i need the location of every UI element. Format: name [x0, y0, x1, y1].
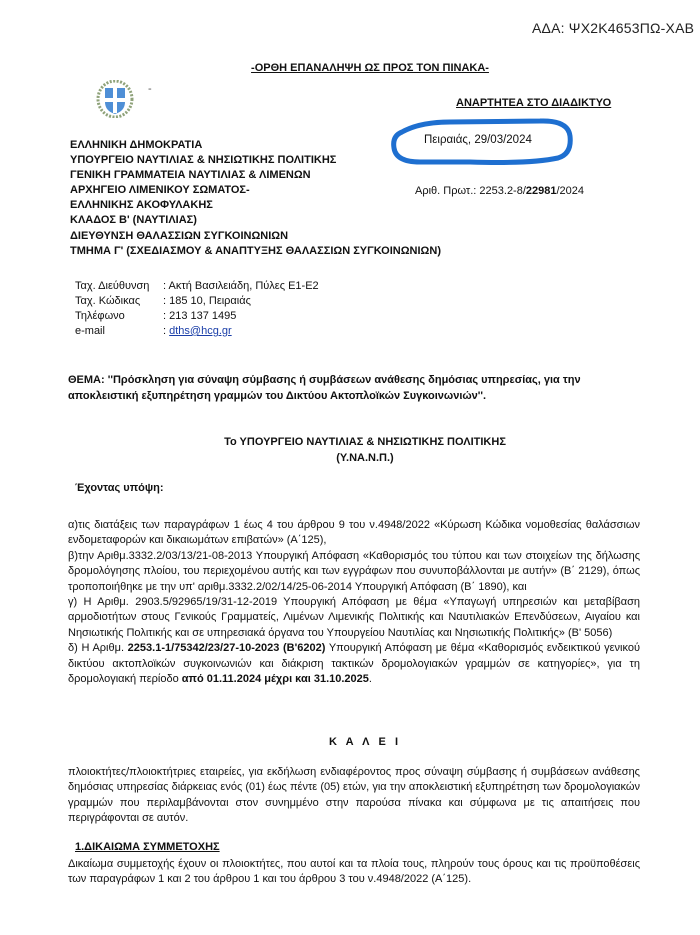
org-line: ΔΙΕΥΘΥΝΣΗ ΘΑΛΑΣΣΙΩΝ ΣΥΓΚΟΙΝΩΝΙΩΝ [70, 229, 441, 244]
consideration-a: α)τις διατάξεις των παραγράφων 1 έως 4 τ… [68, 518, 640, 549]
calls-heading: Κ Α Λ Ε Ι [0, 736, 700, 748]
greek-coat-of-arms-icon [96, 80, 134, 118]
org-line: ΚΛΑΔΟΣ Β' (ΝΑΥΤΙΛΙΑΣ) [70, 213, 441, 228]
section-1-text: Δικαίωμα συμμετοχής έχουν οι πλοιοκτήτες… [68, 857, 640, 888]
org-line: ΕΛΛΗΝΙΚΗΣ ΑΚΟΦΥΛΑΚΗΣ [70, 198, 441, 213]
post-online-label: ΑΝΑΡΤΗΤΕΑ ΣΤΟ ΔΙΑΔΙΚΤΥΟ [456, 97, 611, 109]
correction-note: -ΟΡΘΗ ΕΠΑΝΑΛΗΨΗ ΩΣ ΠΡΟΣ ΤΟΝ ΠΙΝΑΚΑ- [0, 62, 700, 74]
header-dash: - [148, 83, 152, 95]
protocol-number-bold: 22981 [526, 185, 557, 197]
org-line: ΓΕΝΙΚΗ ΓΡΑΜΜΑΤΕΙΑ ΝΑΥΤΙΛΙΑΣ & ΛΙΜΕΝΩΝ [70, 168, 441, 183]
considerations: α)τις διατάξεις των παραγράφων 1 έως 4 τ… [68, 518, 640, 687]
having-regard-heading: Έχοντας υπόψη: [75, 482, 164, 494]
contact-block: Ταχ. Διεύθυνση : Ακτή Βασιλειάδη, Πύλες … [75, 279, 319, 339]
contact-row-address: Ταχ. Διεύθυνση : Ακτή Βασιλειάδη, Πύλες … [75, 279, 319, 294]
contact-row-email: e-mail : dths@hcg.gr [75, 324, 319, 339]
org-line: ΤΜΗΜΑ Γ' (ΣΧΕΔΙΑΣΜΟΥ & ΑΝΑΠΤΥΞΗΣ ΘΑΛΑΣΣΙ… [70, 244, 441, 259]
protocol-number: Αριθ. Πρωτ.: 2253.2-8/22981/2024 [415, 185, 584, 197]
organization-block: ΕΛΛΗΝΙΚΗ ΔΗΜΟΚΡΑΤΙΑ ΥΠΟΥΡΓΕΙΟ ΝΑΥΤΙΛΙΑΣ … [70, 138, 441, 259]
ministry-heading: Το ΥΠΟΥΡΓΕΙΟ ΝΑΥΤΙΛΙΑΣ & ΝΗΣΙΩΤΙΚΗΣ ΠΟΛΙ… [0, 434, 700, 466]
section-1-title: 1.ΔΙΚΑΙΩΜΑ ΣΥΜΜΕΤΟΧΗΣ [75, 841, 220, 853]
consideration-b: β)την Αριθμ.3332.2/03/13/21-08-2013 Υπου… [68, 549, 640, 595]
email-link[interactable]: dths@hcg.gr [169, 324, 232, 339]
contact-row-postal-code: Ταχ. Κώδικας : 185 10, Πειραιάς [75, 294, 319, 309]
call-text: πλοιοκτήτες/πλοιοκτήτριες εταιρείες, για… [68, 765, 640, 827]
org-line: ΥΠΟΥΡΓΕΙΟ ΝΑΥΤΙΛΙΑΣ & ΝΗΣΙΩΤΙΚΗΣ ΠΟΛΙΤΙΚ… [70, 153, 441, 168]
place-date-highlight: Πειραιάς, 29/03/2024 [390, 118, 572, 162]
contact-row-phone: Τηλέφωνο : 213 137 1495 [75, 309, 319, 324]
org-line: ΑΡΧΗΓΕΙΟ ΛΙΜΕΝΙΚΟΥ ΣΩΜΑΤΟΣ- [70, 183, 441, 198]
ada-code: ΑΔΑ: ΨΧ2Κ4653ΠΩ-ΧΑΒ [532, 20, 694, 36]
subject: ΘΕΜΑ: ''Πρόσκληση για σύναψη σύμβασης ή … [68, 372, 640, 404]
org-line: ΕΛΛΗΝΙΚΗ ΔΗΜΟΚΡΑΤΙΑ [70, 138, 441, 153]
consideration-c: γ) Η Αριθμ. 2903.5/92965/19/31-12-2019 Υ… [68, 595, 640, 641]
consideration-d: δ) Η Αριθμ. 2253.1-1/75342/23/27-10-2023… [68, 641, 640, 687]
place-date: Πειραιάς, 29/03/2024 [424, 134, 532, 146]
